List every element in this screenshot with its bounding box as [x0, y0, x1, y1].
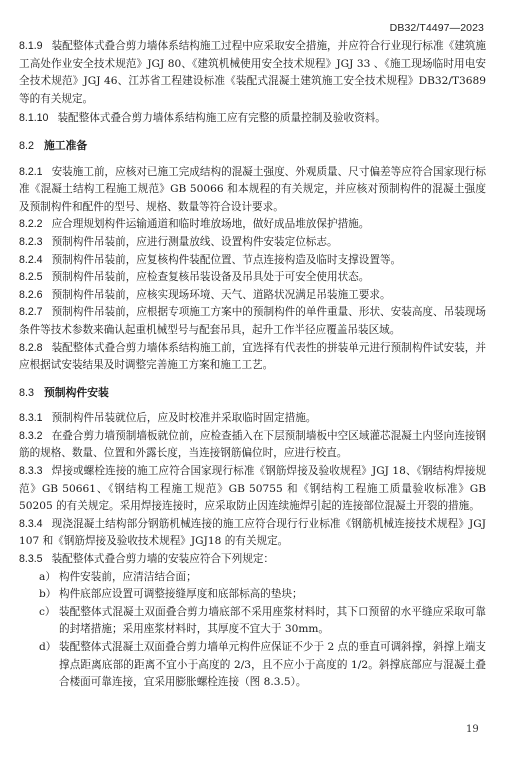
clause-text: 在叠合剪力墙预制墙板就位前，应检查插入在下层预制墙板中空区域灌芯混凝土内竖向连接… — [19, 430, 486, 460]
clause-text: 装配整体式叠合剪力墙体系结构施工应有完整的质量控制及验收资料。 — [57, 112, 385, 124]
standard-code-header: DB32/T4497—2023 — [390, 22, 484, 34]
clause-text: 装配整体式叠合剪力墙体系结构施工前，宜选择有代表性的拼装单元进行预制构件试安装，… — [19, 342, 486, 372]
clause-number: 8.2.6 — [19, 289, 43, 301]
clause-number: 8.2.1 — [19, 166, 43, 178]
section-number: 8.2 — [19, 140, 34, 152]
clause-text: 预制构件吊装前，应复核构件装配位置、节点连接构造及临时支撑设置等。 — [52, 254, 402, 266]
document-page: DB32/T4497—2023 8.1.9装配整体式叠合剪力墙体系结构施工过程中… — [0, 0, 525, 762]
clause-8-2-3: 8.2.3预制构件吊装前，应进行测量放线、设置构件安装定位标志。 — [19, 234, 486, 252]
section-heading-8-3: 8.3预制构件安装 — [19, 384, 486, 403]
clause-8-2-4: 8.2.4预制构件吊装前，应复核构件装配位置、节点连接构造及临时支撑设置等。 — [19, 252, 486, 270]
list-marker: b） — [39, 586, 56, 604]
clause-text: 装配整体式叠合剪力墙的安装应符合下列规定： — [52, 553, 274, 565]
clause-8-3-5-list: a）构件安装前，应清洁结合面； b）构件底部应设置可调整接缝厚度和底部标高的垫块… — [19, 569, 486, 692]
clause-text: 预制构件吊装前，应根据专项施工方案中的预制构件的单件重量、形状、安装高度、吊装现… — [19, 306, 486, 336]
clause-number: 8.1.9 — [19, 40, 43, 52]
clause-number: 8.2.8 — [19, 342, 43, 354]
clause-text: 安装施工前，应核对已施工完成结构的混凝土强度、外观质量、尺寸偏差等应符合国家现行… — [19, 166, 486, 213]
clause-number: 8.2.4 — [19, 254, 43, 266]
list-item-text: 装配整体式混凝土双面叠合剪力墙底部不采用座浆材料时，其下口预留的水平缝应采取可靠… — [59, 606, 486, 636]
clause-text: 焊接或螺栓连接的施工应符合国家现行标准《钢筋焊接及验收规程》JGJ 18、《钢结… — [19, 465, 486, 512]
clause-text: 应合理规划构件运输通道和临时堆放场地，做好成品堆放保护措施。 — [52, 218, 370, 230]
list-item-c: c）装配整体式混凝土双面叠合剪力墙底部不采用座浆材料时，其下口预留的水平缝应采取… — [19, 604, 486, 639]
clause-number: 8.1.10 — [19, 112, 48, 124]
clause-8-2-2: 8.2.2应合理规划构件运输通道和临时堆放场地，做好成品堆放保护措施。 — [19, 216, 486, 234]
clause-number: 8.2.3 — [19, 236, 43, 248]
clause-number: 8.2.5 — [19, 271, 43, 283]
clause-8-2-5: 8.2.5预制构件吊装前，应检查复核吊装设备及吊具处于可安全使用状态。 — [19, 269, 486, 287]
clause-8-1-10: 8.1.10装配整体式叠合剪力墙体系结构施工应有完整的质量控制及验收资料。 — [19, 110, 486, 128]
section-title: 预制构件安装 — [44, 386, 109, 399]
section-heading-8-2: 8.2施工准备 — [19, 137, 486, 156]
section-title: 施工准备 — [44, 139, 87, 152]
clause-number: 8.3.1 — [19, 412, 43, 424]
clause-8-2-6: 8.2.6预制构件吊装前，应核实现场环境、天气、道路状况满足吊装施工要求。 — [19, 287, 486, 305]
clause-number: 8.3.5 — [19, 553, 43, 565]
list-marker: c） — [39, 604, 56, 622]
clause-number: 8.3.2 — [19, 430, 43, 442]
clause-text: 预制构件吊装前，应进行测量放线、设置构件安装定位标志。 — [52, 236, 338, 248]
clause-number: 8.2.7 — [19, 306, 43, 318]
clause-8-3-3: 8.3.3焊接或螺栓连接的施工应符合国家现行标准《钢筋焊接及验收规程》JGJ 1… — [19, 463, 486, 516]
clause-8-3-5: 8.3.5装配整体式叠合剪力墙的安装应符合下列规定： — [19, 551, 486, 569]
list-marker: d） — [39, 639, 56, 657]
clause-8-3-2: 8.3.2在叠合剪力墙预制墙板就位前，应检查插入在下层预制墙板中空区域灌芯混凝土… — [19, 428, 486, 463]
document-body: 8.1.9装配整体式叠合剪力墙体系结构施工过程中应采取安全措施，并应符合行业现行… — [19, 38, 486, 692]
clause-8-2-1: 8.2.1安装施工前，应核对已施工完成结构的混凝土强度、外观质量、尺寸偏差等应符… — [19, 164, 486, 217]
list-marker: a） — [39, 569, 56, 587]
clause-text: 装配整体式叠合剪力墙体系结构施工过程中应采取安全措施，并应符合行业现行标准《建筑… — [19, 40, 486, 105]
clause-number: 8.3.4 — [19, 518, 43, 530]
clause-text: 预制构件吊装就位后，应及时校准并采取临时固定措施。 — [52, 412, 317, 424]
clause-8-1-9: 8.1.9装配整体式叠合剪力墙体系结构施工过程中应采取安全措施，并应符合行业现行… — [19, 38, 486, 108]
clause-8-2-8: 8.2.8装配整体式叠合剪力墙体系结构施工前，宜选择有代表性的拼装单元进行预制构… — [19, 340, 486, 375]
list-item-text: 构件底部应设置可调整接缝厚度和底部标高的垫块； — [59, 588, 303, 600]
clause-8-2-7: 8.2.7预制构件吊装前，应根据专项施工方案中的预制构件的单件重量、形状、安装高… — [19, 304, 486, 339]
list-item-d: d）装配整体式混凝土双面叠合剪力墙单元构件应保证不少于 2 点的垂直可调斜撑，斜… — [19, 639, 486, 692]
list-item-text: 构件安装前，应清洁结合面； — [59, 571, 197, 583]
list-item-text: 装配整体式混凝土双面叠合剪力墙单元构件应保证不少于 2 点的垂直可调斜撑，斜撑上… — [59, 641, 486, 688]
clause-8-3-4: 8.3.4现浇混凝土结构部分钢筋机械连接的施工应符合现行行业标准《钢筋机械连接技… — [19, 516, 486, 551]
clause-number: 8.2.2 — [19, 218, 43, 230]
clause-text: 预制构件吊装前，应检查复核吊装设备及吊具处于可安全使用状态。 — [52, 271, 370, 283]
list-item-a: a）构件安装前，应清洁结合面； — [19, 569, 486, 587]
page-number: 19 — [466, 724, 479, 735]
list-item-b: b）构件底部应设置可调整接缝厚度和底部标高的垫块； — [19, 586, 486, 604]
clause-text: 预制构件吊装前，应核实现场环境、天气、道路状况满足吊装施工要求。 — [52, 289, 391, 301]
clause-8-3-1: 8.3.1预制构件吊装就位后，应及时校准并采取临时固定措施。 — [19, 410, 486, 428]
section-number: 8.3 — [19, 387, 34, 399]
clause-text: 现浇混凝土结构部分钢筋机械连接的施工应符合现行行业标准《钢筋机械连接技术规程》J… — [19, 518, 486, 548]
clause-number: 8.3.3 — [19, 465, 43, 477]
